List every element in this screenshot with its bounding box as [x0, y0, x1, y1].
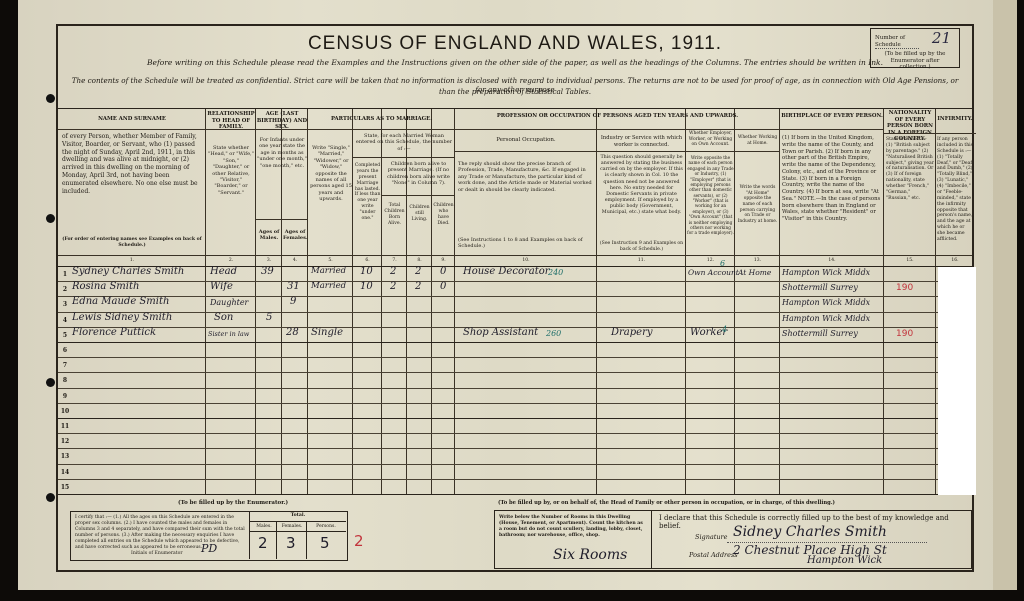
table-row: 4 Lewis Sidney Smith Son 5 Hampton Wick … [58, 313, 972, 328]
at-home-label: Whether Working at Home. [736, 135, 779, 146]
binding-hole [46, 493, 55, 502]
name-description: of every Person, whether Member of Famil… [62, 133, 202, 195]
colnum-10: 10. [455, 258, 597, 263]
colnum-1: 1. [58, 258, 206, 263]
industry-note: (See Instruction 9 and Examples on back … [599, 241, 684, 253]
person-name: Sydney Charles Smith [72, 266, 184, 277]
birthplace: Hampton Wick Middx [782, 314, 870, 323]
colnum-9: 9. [432, 258, 455, 263]
header-name: NAME AND SURNAME [58, 116, 206, 123]
employer-status: Own Account [688, 268, 739, 277]
condition: Married [311, 281, 346, 291]
enumerator-heading: (To be filled up by the Enumerator.) [178, 500, 288, 506]
industry: Drapery [611, 327, 653, 338]
person-name: Rosina Smith [72, 281, 139, 292]
birthplace: Shottermill Surrey [782, 283, 858, 292]
header-relationship: RELATIONSHIP to Head of Family. [206, 111, 256, 131]
redacted-infirmity-column [938, 267, 976, 495]
infirmity-description: If any person included in this Schedule … [937, 137, 973, 243]
condition: Single [311, 327, 343, 338]
relationship: Son [214, 312, 233, 323]
table-row: 13 [58, 449, 972, 464]
nationality-code: 190 [896, 283, 913, 293]
birthplace: Shottermill Surrey [782, 329, 858, 338]
household-heading: (To be filled up by, or on behalf of, th… [498, 500, 835, 506]
table-row: 7 [58, 358, 972, 373]
totals-table: Total. Males. Females. Persons. 2 3 5 [249, 512, 345, 559]
initials-label: Initials of Enumerator [131, 551, 183, 557]
children-total: 2 [390, 281, 396, 292]
person-name: Edna Maude Smith [72, 296, 169, 307]
schedule-number-note: (To be filled up by the Enumerator after… [875, 51, 955, 71]
personal-occupation: Shop Assistant [463, 327, 538, 338]
at-home: At Home [738, 268, 771, 277]
colnum-7: 7. [382, 258, 407, 263]
persons-label: Persons. [308, 524, 344, 530]
person-name: Florence Puttick [72, 327, 156, 338]
header-infirmity: INFIRMITY. [936, 116, 974, 123]
years-married: 10 [360, 281, 373, 292]
industry-label: Industry or Service with which worker is… [599, 135, 684, 148]
age-female: 28 [286, 327, 299, 338]
employer-code: 4 [722, 325, 727, 334]
birthplace: Hampton Wick Middx [782, 268, 870, 277]
postal-address-label: Postal Address [689, 551, 738, 559]
total-persons: 5 [320, 534, 330, 552]
colnum-5: 5. [308, 258, 353, 263]
table-row: 11 [58, 419, 972, 434]
industry-description: This question should generally be answer… [599, 155, 684, 216]
children-total-label: Total Children Born Alive. [383, 203, 406, 227]
married-woman-description: State, for each Married Woman entered on… [354, 133, 454, 152]
relationship: Sister in law [208, 330, 249, 338]
table-row: 3 Edna Maude Smith Daughter 9 Hampton Wi… [58, 297, 972, 312]
children-died: 0 [440, 281, 446, 292]
colnum-8: 8. [407, 258, 432, 263]
birthplace-description: (1) If born in the United Kingdom, write… [782, 135, 882, 223]
table-row: 5 Florence Puttick Sister in law 28 Sing… [58, 328, 972, 343]
colnum-6: 6. [353, 258, 382, 263]
years-married: 10 [360, 266, 373, 277]
name-note: (For order of entering names see Example… [62, 237, 202, 249]
colnum-2: 2. [206, 258, 256, 263]
nationality-code: 190 [896, 329, 913, 339]
at-home-description: Write the words "At Home" opposite the n… [737, 185, 778, 224]
relationship: Daughter [210, 298, 248, 307]
page-title: CENSUS OF ENGLAND AND WALES, 1911. [58, 33, 972, 55]
colnum-15: 15. [884, 258, 936, 263]
age-description: For Infants under one year state the age… [257, 137, 307, 169]
binding-hole [46, 94, 55, 103]
relationship: Head [210, 266, 237, 277]
enumerator-certification: I certify that :— (1.) All the ages on t… [75, 515, 247, 551]
ages-females-label: Ages of Females. [283, 229, 307, 242]
males-label: Males. [252, 524, 276, 530]
table-row: 1 Sydney Charles Smith Head 39 Married 1… [58, 267, 972, 282]
table-row: 6 [58, 343, 972, 358]
birthplace: Hampton Wick Middx [782, 298, 870, 307]
schedule-number-box: Number of Schedule 21 (To be filled up b… [870, 28, 960, 68]
header-age: AGE (last Birthday) and SEX. [256, 111, 308, 131]
household-box: Write below the Number of Rooms in this … [494, 510, 972, 569]
table-row: 14 [58, 465, 972, 480]
enumerator-box: I certify that :— (1.) All the ages on t… [70, 511, 348, 561]
age-female: 9 [290, 296, 296, 307]
occupation-code: 240 [548, 268, 563, 277]
table-row: 8 [58, 373, 972, 388]
ages-males-label: Ages of Males. [257, 229, 281, 242]
total-label: Total. [250, 513, 346, 519]
table-row: 10 [58, 404, 972, 419]
children-living: 2 [415, 281, 421, 292]
relationship-description: State whether "Head," or "Wife," "Son," … [208, 145, 254, 196]
schedule-frame: CENSUS OF ENGLAND AND WALES, 1911. Befor… [56, 24, 974, 572]
table-row: 2 Rosina Smith Wife 31 Married 10 2 2 0 … [58, 282, 972, 297]
children-died-label: Children who have Died. [433, 203, 454, 227]
occupation-code: 260 [546, 329, 561, 338]
table-row: 12 [58, 434, 972, 449]
relationship: Wife [210, 281, 233, 292]
children-living: 2 [415, 266, 421, 277]
personal-occupation-description: The reply should show the precise branch… [458, 161, 594, 193]
postal-address-line2: Hampton Wick [807, 555, 882, 566]
children-living-label: Children still Living. [408, 205, 431, 223]
total-females: 3 [286, 534, 296, 552]
employer-code: 6 [720, 259, 725, 268]
census-table: NAME AND SURNAME RELATIONSHIP to Head of… [58, 108, 972, 494]
header-occupation: PROFESSION or OCCUPATION of Persons aged… [455, 113, 780, 120]
paper-edge [993, 0, 1017, 590]
years-married-description: Completed years the present Marriage has… [354, 163, 381, 222]
children-total: 2 [390, 266, 396, 277]
binding-hole [46, 378, 55, 387]
instruction-line: Before writing on this Schedule please r… [58, 58, 972, 67]
colnum-4: 4. [282, 258, 308, 263]
signature: Sidney Charles Smith [733, 524, 887, 540]
binding-hole [46, 214, 55, 223]
children-died: 0 [440, 266, 446, 277]
children-description: Children born alive to present Marriage.… [383, 161, 454, 187]
colnum-13: 13. [735, 258, 780, 263]
condition-description: Write "Single," "Married," "Widower," or… [310, 145, 352, 203]
enumerator-initials: PD [201, 542, 217, 555]
number-of-rooms: Six Rooms [553, 547, 627, 563]
schedule-number: 21 [932, 29, 951, 47]
age-male: 5 [266, 312, 272, 323]
total-males: 2 [258, 534, 268, 552]
colnum-14: 14. [780, 258, 884, 263]
employer-label: Whether Employer, Worker, or Working on … [687, 131, 734, 148]
schedule-number-label: Number of Schedule [875, 35, 919, 49]
confidential-line-2: than the preparation of Statistical Tabl… [58, 87, 972, 96]
personal-occupation: House Decorator [463, 266, 550, 277]
condition: Married [311, 266, 346, 276]
header-birthplace: BIRTHPLACE of every person. [780, 113, 884, 120]
table-row: 9 [58, 389, 972, 404]
age-male: 39 [261, 266, 274, 277]
person-name: Lewis Sidney Smith [72, 312, 172, 323]
header-marriage: PARTICULARS as to MARRIAGE. [308, 116, 455, 123]
signature-label: Signature [695, 533, 728, 541]
nationality-description: State whether :— (1) "British subject by… [886, 137, 934, 202]
age-female: 31 [287, 281, 300, 292]
colnum-16: 16. [936, 258, 974, 263]
colnum-3: 3. [256, 258, 282, 263]
personal-occupation-note: (See Instructions 1 to 8 and Examples on… [458, 237, 594, 250]
rooms-instructions: Write below the Number of Rooms in this … [499, 515, 647, 539]
females-label: Females. [278, 524, 306, 530]
red-check-mark: 2 [354, 532, 364, 550]
colnum-11: 11. [597, 258, 686, 263]
personal-occupation-label: Personal Occupation. [456, 137, 596, 144]
table-row: 15 [58, 480, 972, 495]
employer-description: Write opposite the name of each person e… [687, 155, 734, 236]
colnum-12: 12. [686, 258, 735, 263]
